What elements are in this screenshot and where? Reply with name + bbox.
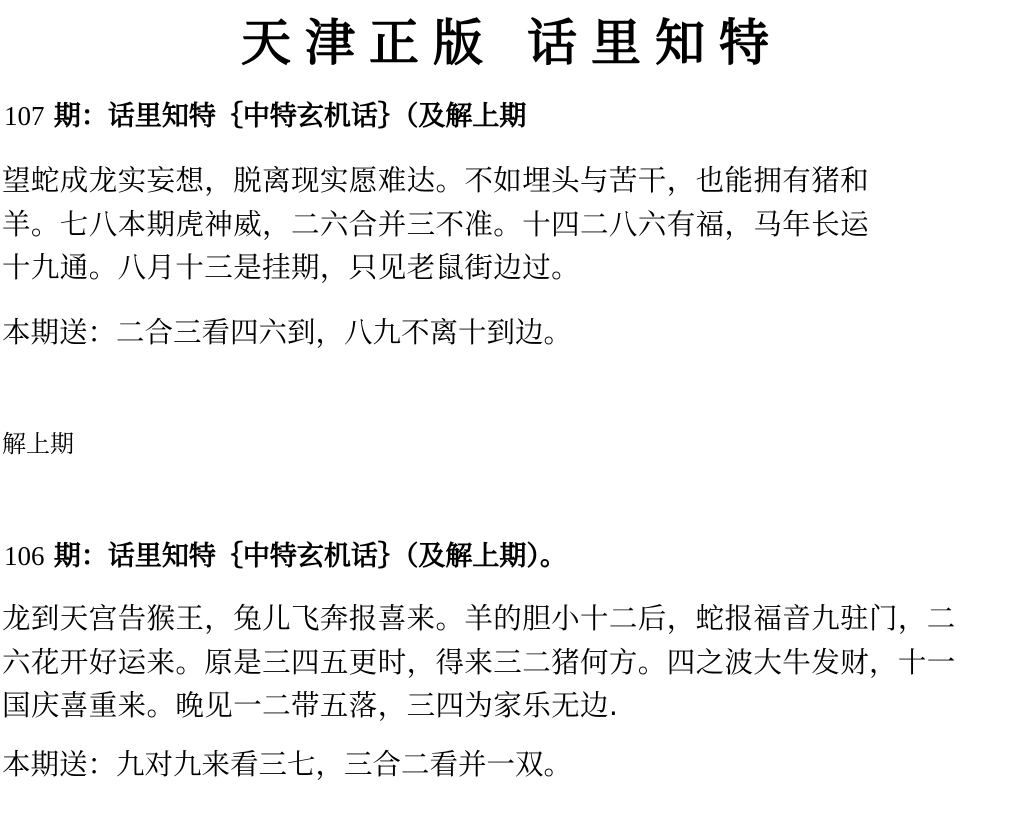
poem-line: 望蛇成龙实妄想，脱离现实愿难达。不如埋头与苦干，也能拥有猪和 (2, 159, 1024, 203)
issue-106-heading: 106 期：话里知特｛中特玄机话｝（及解上期）。 (4, 538, 567, 575)
issue-107-poem: 望蛇成龙实妄想，脱离现实愿难达。不如埋头与苦干，也能拥有猪和 羊。七八本期虎神威… (2, 159, 1024, 290)
issue-number: 107 (4, 101, 45, 131)
issue-107-heading: 107 期：话里知特｛中特玄机话｝（及解上期 (4, 98, 526, 135)
poem-line: 龙到天宫告猴王，兔儿飞奔报喜来。羊的胆小十二后，蛇报福音九驻门，二 (2, 597, 1024, 641)
title-part-1: 天津正版 (241, 13, 497, 72)
issue-heading-text: 期：话里知特｛中特玄机话｝（及解上期）。 (45, 541, 567, 572)
issue-106-send: 本期送：九对九来看三七，三合二看并一双。 (2, 745, 572, 785)
issue-heading-text: 期：话里知特｛中特玄机话｝（及解上期 (45, 101, 527, 132)
poem-line: 十九通。八月十三是挂期，只见老鼠街边过。 (2, 246, 1024, 290)
poem-line: 六花开好运来。原是三四五更时，得来三二猪何方。四之波大牛发财，十一 (2, 641, 1024, 685)
poem-line: 羊。七八本期虎神威，二六合并三不准。十四二八六有福，马年长运 (2, 203, 1024, 247)
title-part-2: 话里知特 (527, 13, 783, 72)
issue-106-poem: 龙到天宫告猴王，兔儿飞奔报喜来。羊的胆小十二后，蛇报福音九驻门，二 六花开好运来… (2, 597, 1024, 728)
explain-previous-label: 解上期 (2, 427, 74, 461)
page-title: 天津正版话里知特 (0, 8, 1024, 78)
issue-number: 106 (4, 541, 45, 571)
issue-107-send: 本期送：二合三看四六到，八九不离十到边。 (2, 313, 572, 353)
poem-line: 国庆喜重来。晚见一二带五落，三四为家乐无边. (2, 684, 1024, 728)
